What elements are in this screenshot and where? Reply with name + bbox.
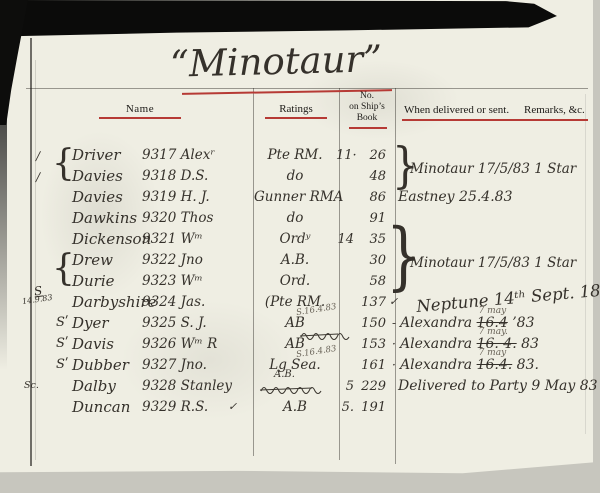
no-header-line3: Book [340,113,394,124]
margin-mark: Sc. [24,380,39,391]
correction-date: 7 may [479,348,507,358]
surname: Dubber [72,356,129,374]
remark-year: ’83 [508,315,535,331]
book-no-left: 5 [336,379,354,394]
rating: A.B [254,399,336,415]
remark-text: Eastney 25.4.83 [398,189,512,205]
book-no: 150 [356,316,386,331]
remark-text: Alexandra 16.4.7 may 83. [400,357,539,373]
column-header-no: No. on Ship’s Book [340,91,394,124]
book-no: 153 [356,337,386,352]
rating-correction: A.B. [274,369,295,380]
name-group-brace: { [52,248,75,289]
name-prefix: Sʹ [56,336,69,351]
check-mark: ✓ [389,295,398,308]
ship-number-and-forename: 9325 S. J. [142,315,207,331]
surname: Dawkins [72,209,137,227]
remark-year: 83 [517,336,539,352]
book-no: 30 [356,253,386,268]
name-prefix: Sʹ [56,357,69,372]
ship-number-and-forename: 9318 D.S. [142,168,208,184]
no-header-line2: on Ship’s [340,102,394,113]
ship-number-and-forename: 9324 Jas. [142,294,205,310]
margin-mark: ∕ [36,170,40,184]
ship-number-and-forename: 9329 R.S. [142,399,208,415]
ship-number-and-forename: 9328 Stanley [142,378,232,394]
ship-number-and-forename: 9319 H. J. [142,189,210,205]
book-no: 229 [356,379,386,394]
header-underline [349,127,387,129]
no-header-line1: No. [340,91,394,102]
surname: Driver [72,146,121,164]
margin-mark: ∕ [36,149,40,163]
binding-margin-line [35,60,36,460]
surname: Durie [72,272,115,290]
ship-number-and-forename: 9327 Jno. [142,357,207,373]
rating: do [254,210,336,226]
header-underline [99,117,181,119]
page-title: “Minotaur” [169,37,382,86]
ship-number-and-forename: 9321 Wᵐ [142,231,203,247]
rating: Pte RM. [254,147,336,163]
book-no: 35 [356,232,386,247]
binding-margin-line [30,38,32,466]
book-no: 58 [356,274,386,289]
ship-number-and-forename: 9323 Wᵐ [142,273,203,289]
column-header-remarks: Remarks, &c. [524,104,585,116]
book-no: 26 [356,148,386,163]
name-group-brace: { [52,143,75,184]
rating: Ordʸ [254,231,336,247]
rating: A.B. [254,252,336,268]
correction-date: 7 may [479,306,507,316]
ship-number-and-forename: 9326 Wᵐ R [142,336,217,352]
column-header-ratings: Ratings [258,103,334,115]
illegible-scrawl [260,383,312,395]
book-no: 48 [356,169,386,184]
remark-text: Alexandra 16.47 may ’83 [400,315,534,331]
remark-tick: - [392,316,396,330]
photocopy-edge-smear [0,110,7,370]
book-no: 161 [356,358,386,373]
remark-year: 83. [512,357,539,373]
header-underline [265,117,327,119]
rating: Lg Sea. [254,357,336,373]
remark-place: Alexandra [400,336,477,352]
ship-number-and-forename: 9317 Alexʳ [142,147,215,163]
book-no-left: 5. [336,400,354,415]
rating: Gunner RMA [254,189,336,205]
remark-tick: · [392,337,396,351]
rating: Ord. [254,273,336,289]
remark-amended-date: 16.4.7 may [477,357,513,373]
book-no: 191 [356,400,386,415]
struck-date: 16.4. [477,357,513,373]
surname: Dickenson [72,230,151,248]
remark-text: Delivered to Party 9 May 83 [398,378,598,394]
check-mark: ✓ [228,400,237,413]
table-top-rule [26,88,588,89]
book-no: 86 [356,190,386,205]
book-no-left: 14 [336,232,354,247]
column-header-delivered: When delivered or sent. [404,104,509,116]
surname: Davis [72,335,114,353]
surname: Dalby [72,377,116,395]
book-no: 137 [356,295,386,310]
surname: Duncan [72,398,130,416]
remark-place: Alexandra [400,357,477,373]
book-no-left: 11· [336,148,354,163]
rating: do [254,168,336,184]
remark-text: Alexandra 16. 4.7 may. 83 [400,336,539,352]
ship-number-and-forename: 9322 Jno [142,252,203,268]
column-header-name: Name [95,103,185,115]
surname: Davies [72,167,123,185]
surname: Dyer [72,314,109,332]
scanned-ledger-page: “Minotaur” Name Ratings No. on Ship’s Bo… [0,0,600,493]
surname: Drew [72,251,113,269]
name-prefix: Sʹ [56,315,69,330]
remark-place: Alexandra [400,315,477,331]
remark-text: Minotaur 17/5/83 1 Star [410,161,576,177]
book-no: 91 [356,211,386,226]
surname: Davies [72,188,123,206]
remark-text: Minotaur 17/5/83 1 Star [410,255,576,271]
correction-date: 7 may. [479,327,508,337]
header-underline [402,119,588,121]
illegible-annotation-scrawl [300,329,338,341]
remark-tick: · [392,358,396,372]
ship-number-and-forename: 9320 Thos [142,210,213,226]
